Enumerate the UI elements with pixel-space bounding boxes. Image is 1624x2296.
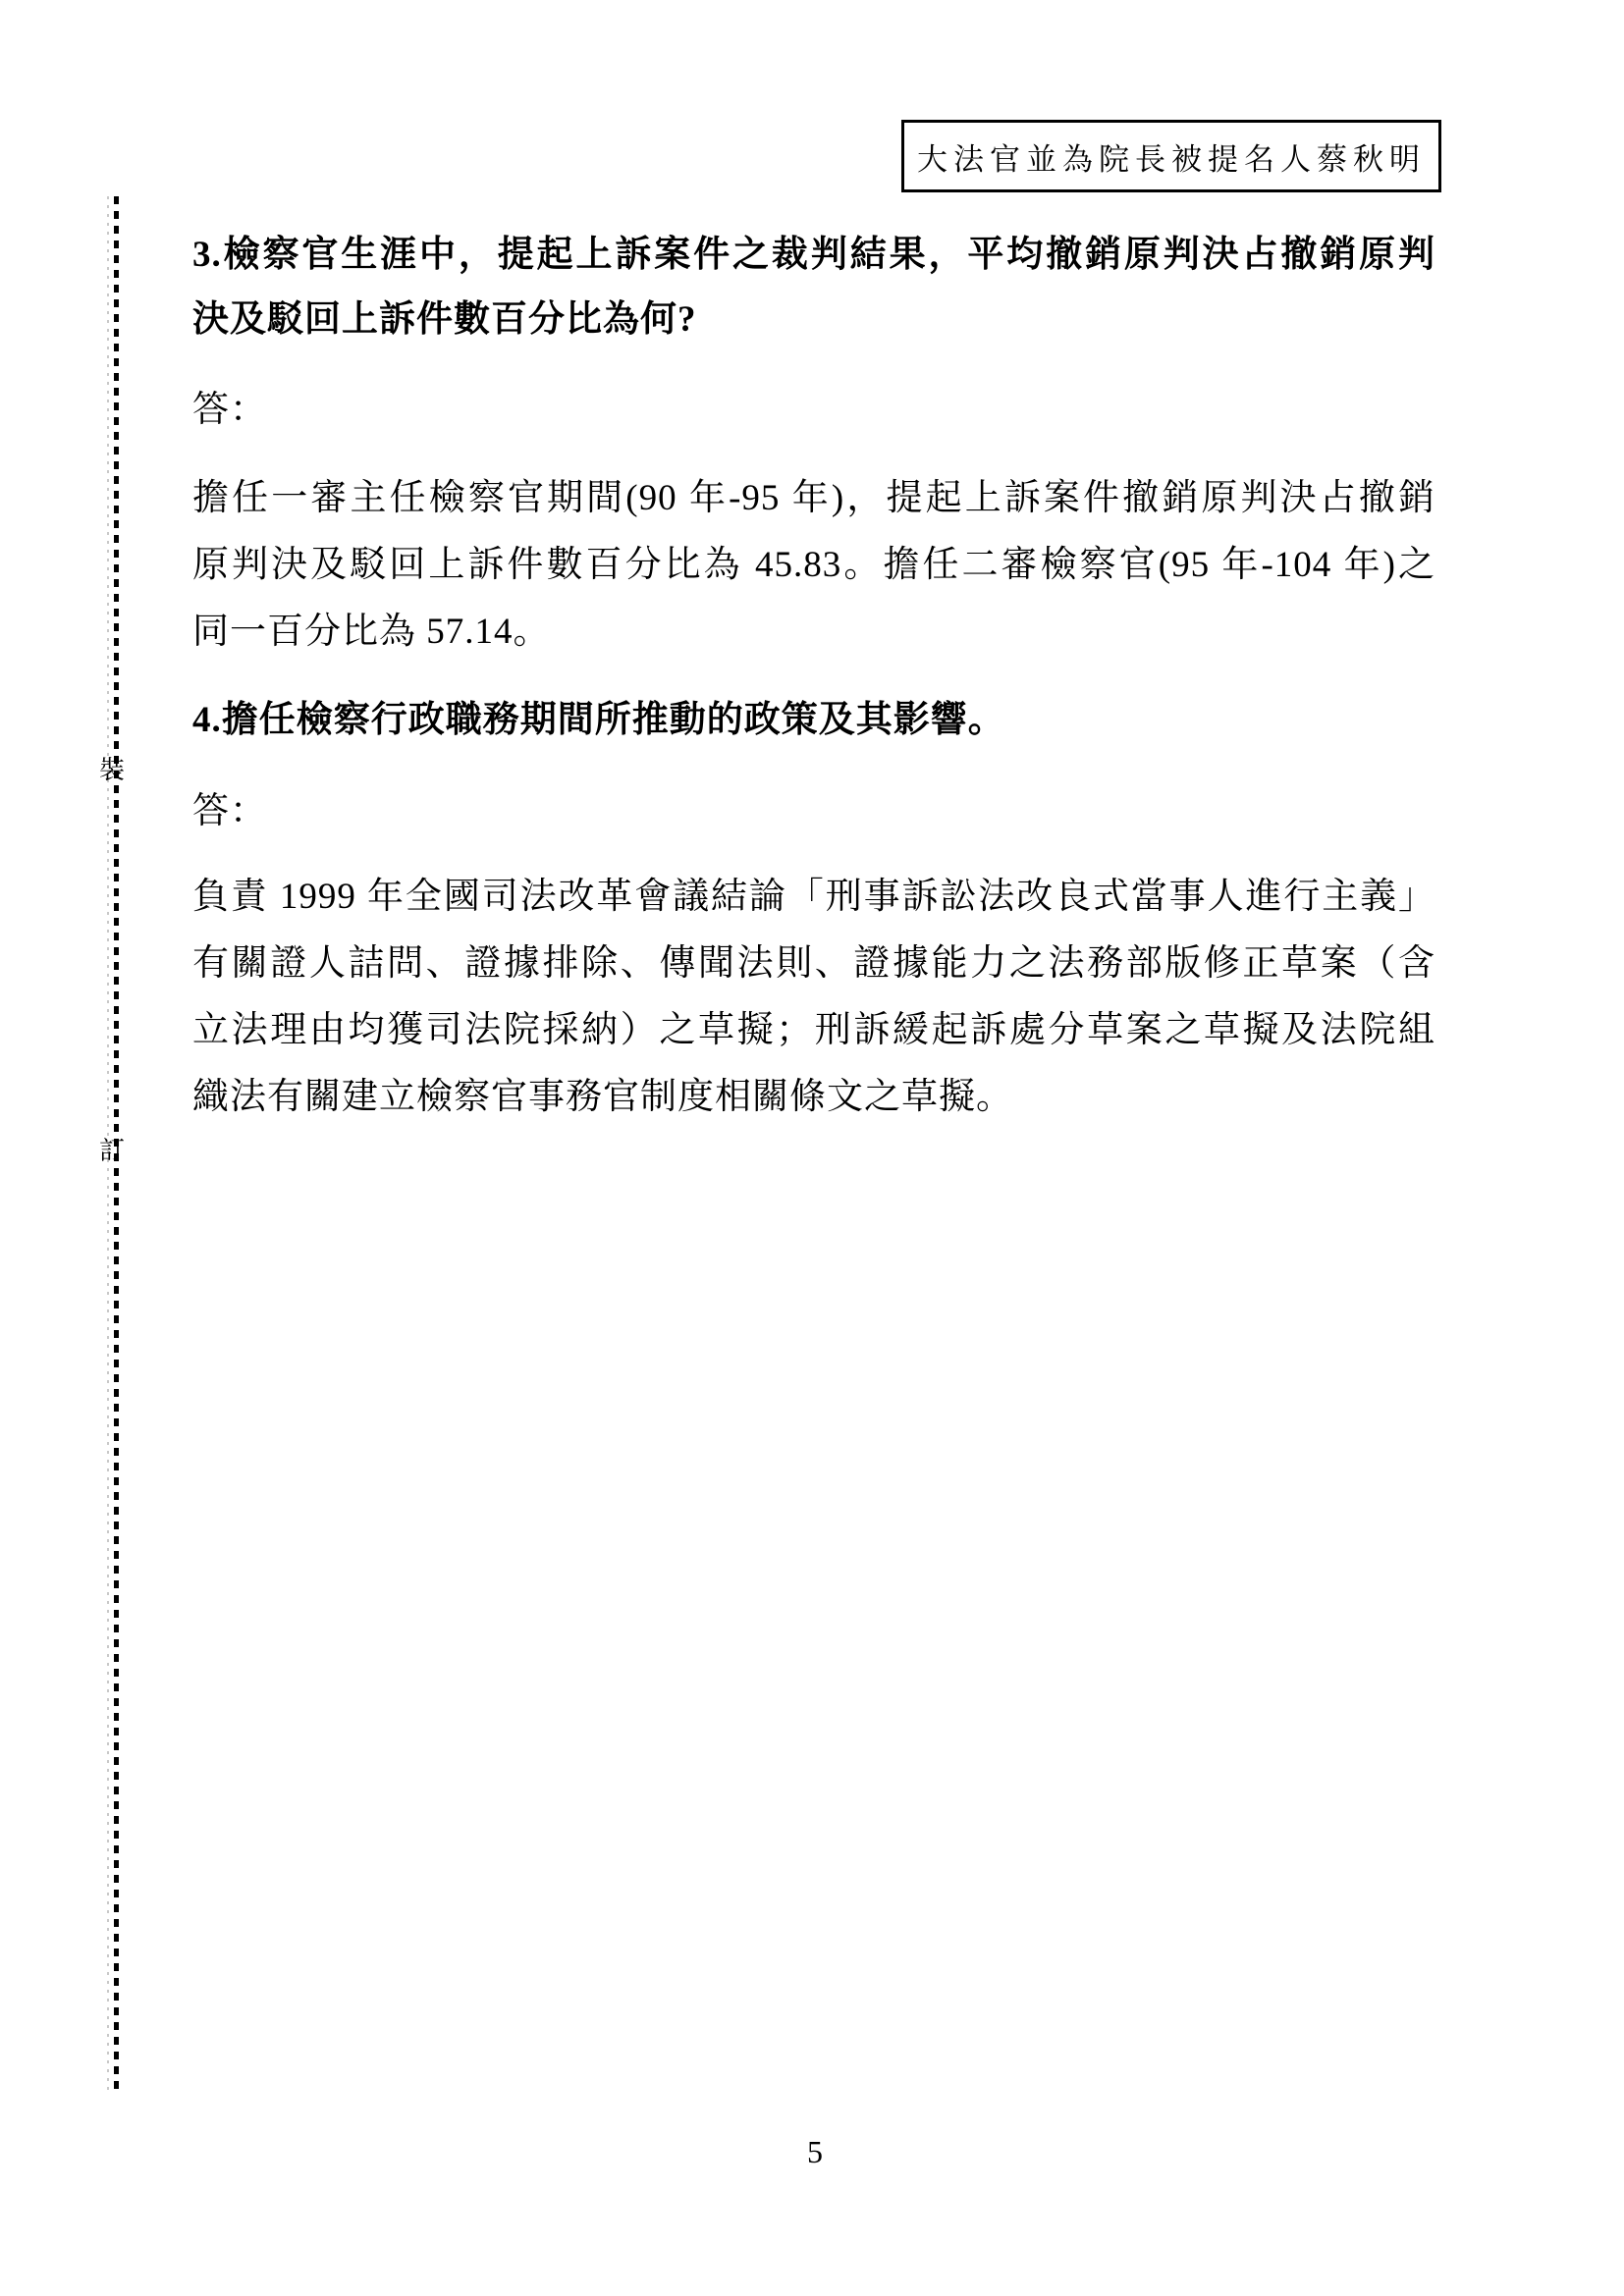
question-3-line-2: 決及駁回上訴件數百分比為何? [192,297,1435,343]
answer-4-label: 答： [192,789,1435,834]
answer-3-label: 答： [192,388,1435,433]
answer-4-line-1: 負責 1999 年全國司法改革會議結論「刑事訴訟法改良式當事人進行主義」 [192,875,1435,920]
answer-4-line-2: 有關證人詰問、證據排除、傳聞法則、證據能力之法務部版修正草案（含 [192,941,1435,987]
document-page: 大法官並為院長被提名人蔡秋明 裝 訂 3.檢察官生涯中，提起上訴案件之裁判結果，… [0,0,1624,2296]
answer-4-line-3: 立法理由均獲司法院採納）之草擬；刑訴緩起訴處分草案之草擬及法院組 [192,1008,1435,1053]
nominee-header-text: 大法官並為院長被提名人蔡秋明 [917,134,1426,179]
page-number: 5 [785,2132,844,2171]
nominee-header-box: 大法官並為院長被提名人蔡秋明 [901,120,1441,192]
question-4-line-1: 4.擔任檢察行政職務期間所推動的政策及其影響。 [192,698,1435,743]
binding-mark-zhuang: 裝 [97,756,127,785]
answer-3-line-1: 擔任一審主任檢察官期間(90 年-95 年)，提起上訴案件撤銷原判決占撤銷 [192,476,1435,521]
binding-mark-ding: 訂 [97,1137,127,1166]
answer-4-line-4: 織法有關建立檢察官事務官制度相關條文之草擬。 [192,1075,1435,1120]
answer-3-line-2: 原判決及駁回上訴件數百分比為 45.83。擔任二審檢察官(95 年-104 年)… [192,543,1435,588]
question-3-line-1: 3.檢察官生涯中，提起上訴案件之裁判結果，平均撤銷原判決占撤銷原判 [192,233,1435,278]
answer-3-line-3: 同一百分比為 57.14。 [192,610,1435,655]
